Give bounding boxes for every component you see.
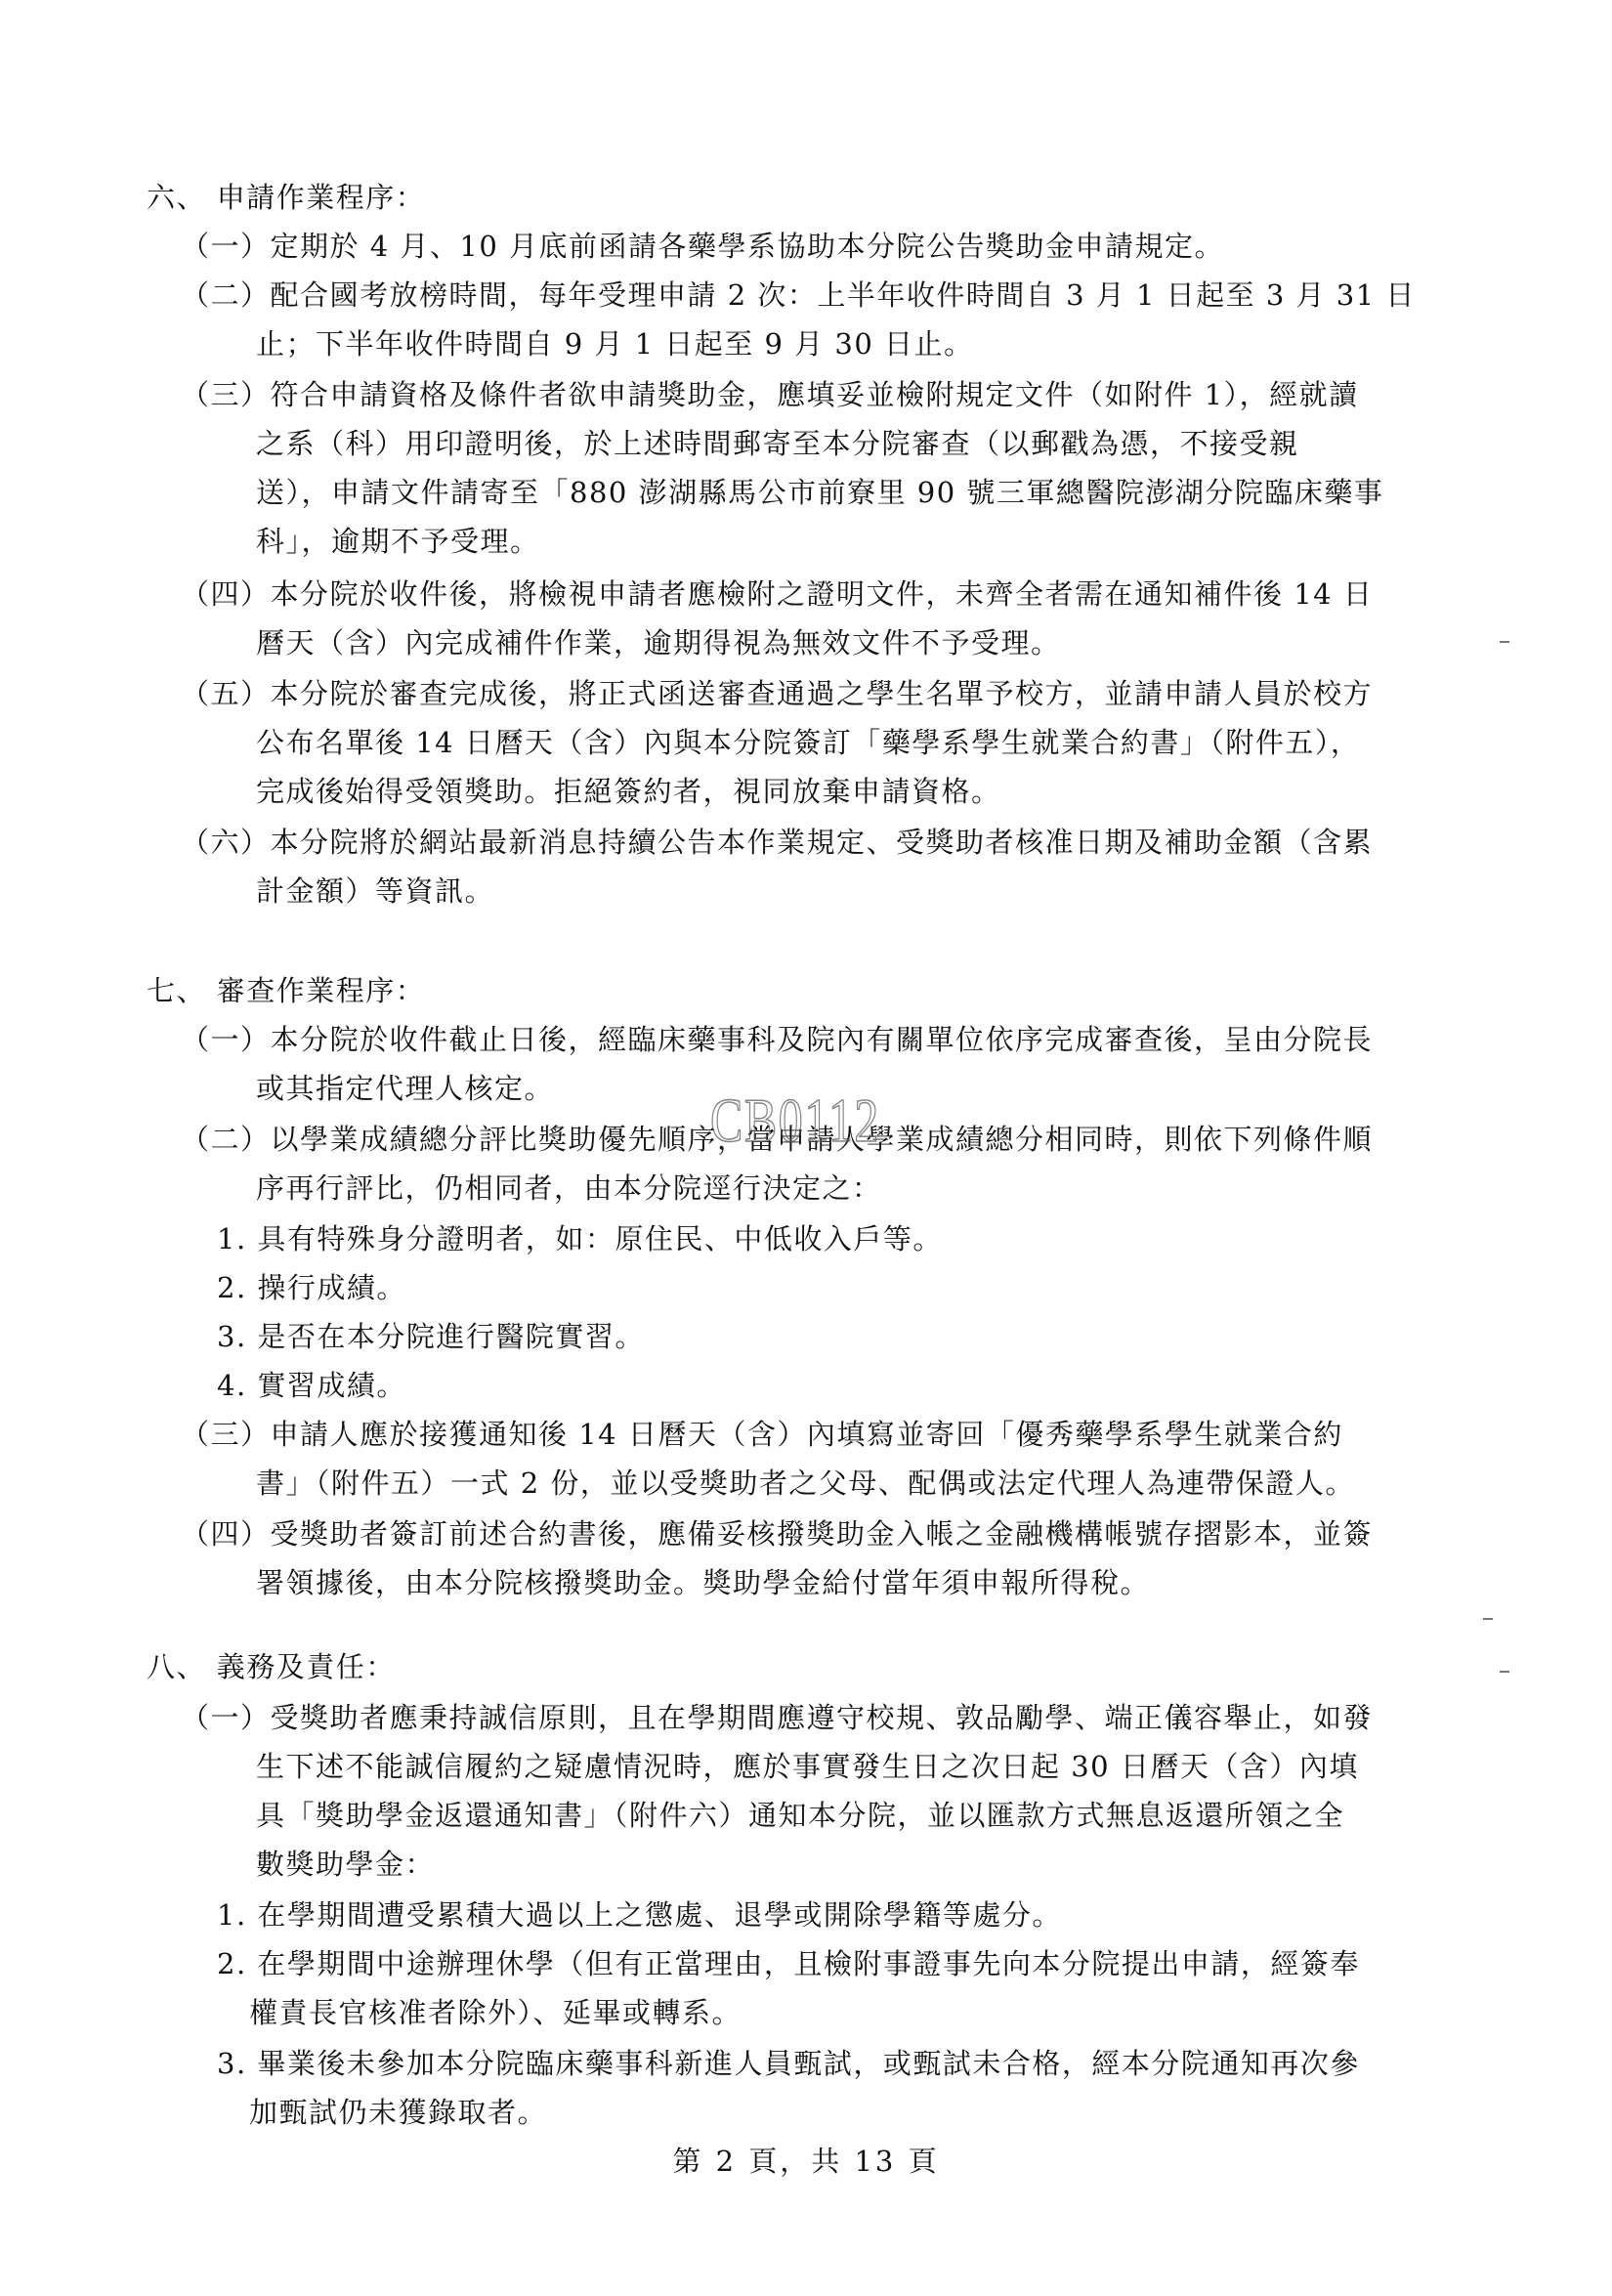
item-6-5-line-3: 完成後始得受領獎助。拒絕簽約者，視同放棄申請資格。 [256, 772, 1001, 811]
item-6-6-line-1: （六）本分院將於網站最新消息持續公告本作業規定、受獎助者核准日期及補助金額（含累 [181, 823, 1373, 862]
item-8-1-line-1: （一）受獎助者應秉持誠信原則，且在學期間應遵守校規、敦品勵學、端正儀容舉止，如發 [181, 1698, 1373, 1737]
section-heading-7: 七、 審查作業程序： [147, 971, 425, 1010]
subitem-8-1-3-line-1: 3. 畢業後未參加本分院臨床藥事科新進人員甄試，或甄試未合格，經本分院通知再次參 [217, 2044, 1360, 2083]
item-8-1-line-4: 數獎助學金： [256, 1845, 435, 1884]
subitem-7-2-4: 4. 實習成績。 [217, 1366, 406, 1405]
item-8-1-line-2: 生下述不能誠信履約之疑慮情況時，應於事實發生日之次日起 30 日曆天（含）內填 [256, 1747, 1359, 1786]
scan-speck [1500, 1671, 1509, 1673]
item-7-2-line-2: 序再行評比，仍相同者，由本分院逕行決定之： [256, 1169, 882, 1208]
subitem-8-1-2-line-1: 2. 在學期間中途辦理休學（但有正當理由，且檢附事證事先向本分院提出申請，經簽奉 [217, 1944, 1360, 1983]
item-7-3-line-1: （三）申請人應於接獲通知後 14 日曆天（含）內填寫並寄回「優秀藥學系學生就業合… [181, 1415, 1343, 1454]
item-7-1-line-2: 或其指定代理人核定。 [256, 1069, 554, 1108]
item-6-4-line-2: 曆天（含）內完成補件作業，逾期得視為無效文件不予受理。 [256, 623, 1061, 662]
scan-speck [1500, 641, 1509, 643]
section-heading-6: 六、 申請作業程序： [147, 178, 425, 217]
item-6-4-line-1: （四）本分院於收件後，將檢視申請者應檢附之證明文件，未齊全者需在通知補件後 14… [181, 574, 1373, 614]
subitem-8-1-2-line-2: 權責長官核准者除外）、延畢或轉系。 [249, 1993, 742, 2032]
item-6-6-line-2: 計金額）等資訊。 [256, 872, 494, 911]
item-7-3-line-2: 書」（附件五）一式 2 份，並以受獎助者之父母、配偶或法定代理人為連帶保證人。 [256, 1464, 1355, 1503]
subitem-7-2-3: 3. 是否在本分院進行醫院實習。 [217, 1317, 645, 1356]
watermark-stamp: CB0112 [710, 1089, 880, 1152]
item-7-4-line-1: （四）受獎助者簽訂前述合約書後，應備妥核撥獎助金入帳之金融機構帳號存摺影本，並簽 [181, 1514, 1373, 1553]
item-6-3-line-1: （三）符合申請資格及條件者欲申請獎助金，應填妥並檢附規定文件（如附件 1），經就… [181, 375, 1359, 414]
page-number-footer: 第 2 頁，共 13 頁 [0, 2142, 1612, 2181]
item-6-5-line-2: 公布名單後 14 日曆天（含）內與本分院簽訂「藥學系學生就業合約書」（附件五）， [256, 723, 1360, 762]
subitem-7-2-1: 1. 具有特殊身分證明者，如：原住民、中低收入戶等。 [217, 1219, 943, 1258]
scan-speck [1483, 1618, 1493, 1620]
item-6-2-line-2: 止；下半年收件時間自 9 月 1 日起至 9 月 30 日止。 [256, 324, 974, 363]
subitem-8-1-1: 1. 在學期間遭受累積大過以上之懲處、退學或開除學籍等處分。 [217, 1895, 1062, 1935]
item-6-2-line-1: （二）配合國考放榜時間，每年受理申請 2 次：上半年收件時間自 3 月 1 日起… [181, 276, 1416, 315]
item-6-3-line-2: 之系（科）用印證明後，於上述時間郵寄至本分院審查（以郵戳為憑，不接受親 [256, 424, 1299, 463]
item-6-5-line-1: （五）本分院於審查完成後，將正式函送審查通過之學生名單予校方，並請申請人員於校方 [181, 674, 1373, 713]
document-page: 六、 申請作業程序： （一）定期於 4 月、10 月底前函請各藥學系協助本分院公… [0, 0, 1612, 2296]
subitem-7-2-2: 2. 操行成績。 [217, 1268, 406, 1307]
item-6-1-line-1: （一）定期於 4 月、10 月底前函請各藥學系協助本分院公告獎助金申請規定。 [181, 227, 1224, 266]
section-heading-8: 八、 義務及責任： [147, 1647, 396, 1686]
item-8-1-line-3: 具「獎助學金返還通知書」（附件六）通知本分院，並以匯款方式無息返還所領之全 [256, 1796, 1344, 1835]
item-6-3-line-3: 送），申請文件請寄至「880 澎湖縣馬公市前寮里 90 號三軍總醫院澎湖分院臨床… [256, 473, 1383, 512]
item-7-1-line-1: （一）本分院於收件截止日後，經臨床藥事科及院內有關單位依序完成審查後，呈由分院長 [181, 1020, 1373, 1059]
item-6-3-line-4: 科」，逾期不予受理。 [256, 522, 540, 561]
item-7-4-line-2: 署領據後，由本分院核撥獎助金。獎助學金給付當年須申報所得稅。 [256, 1563, 1150, 1602]
subitem-8-1-3-line-2: 加甄試仍未獲錄取者。 [249, 2093, 547, 2132]
